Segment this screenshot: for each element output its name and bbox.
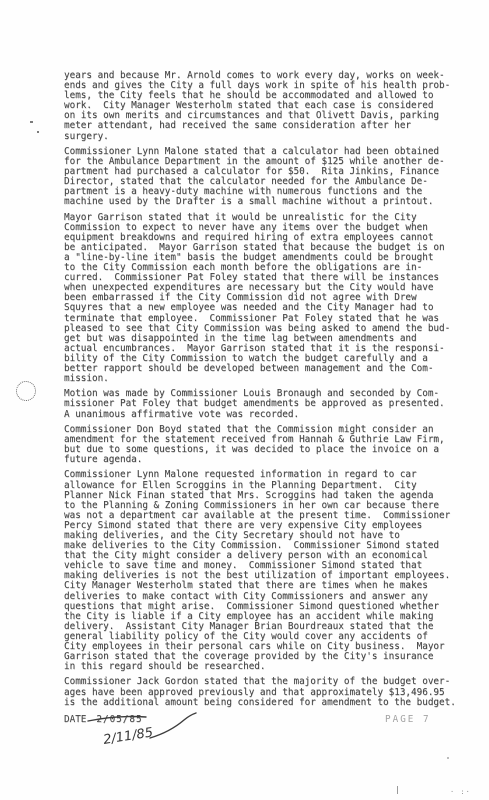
paragraph: Commissioner Lynn Malone stated that a c… (64, 147, 486, 208)
body-text: years and because Mr. Arnold comes to wo… (64, 71, 486, 713)
document-page: years and because Mr. Arnold comes to wo… (0, 0, 489, 800)
flourish-mark (150, 713, 196, 738)
handwritten-date: 2/11/85 (102, 725, 154, 748)
page-number: PAGE 7 (385, 714, 431, 725)
bottom-smudge-mark: · :· (450, 788, 476, 796)
speck-mark (447, 757, 449, 759)
paragraph: Commissioner Lynn Malone requested infor… (64, 470, 486, 672)
strikethrough-mark (88, 717, 146, 722)
paragraph: years and because Mr. Arnold comes to wo… (64, 71, 486, 142)
paragraph: Mayor Garrison stated that it would be u… (64, 213, 486, 385)
margin-stamp-mark (14, 379, 38, 403)
paragraph: Commissioner Don Boyd stated that the Co… (64, 425, 486, 465)
paragraph: Motion was made by Commissioner Louis Br… (64, 389, 486, 419)
handwritten-annotation: 2/11/85 (78, 704, 218, 756)
speck-mark (37, 131, 39, 133)
speck-mark (30, 121, 33, 123)
scan-tick-mark (397, 786, 398, 794)
